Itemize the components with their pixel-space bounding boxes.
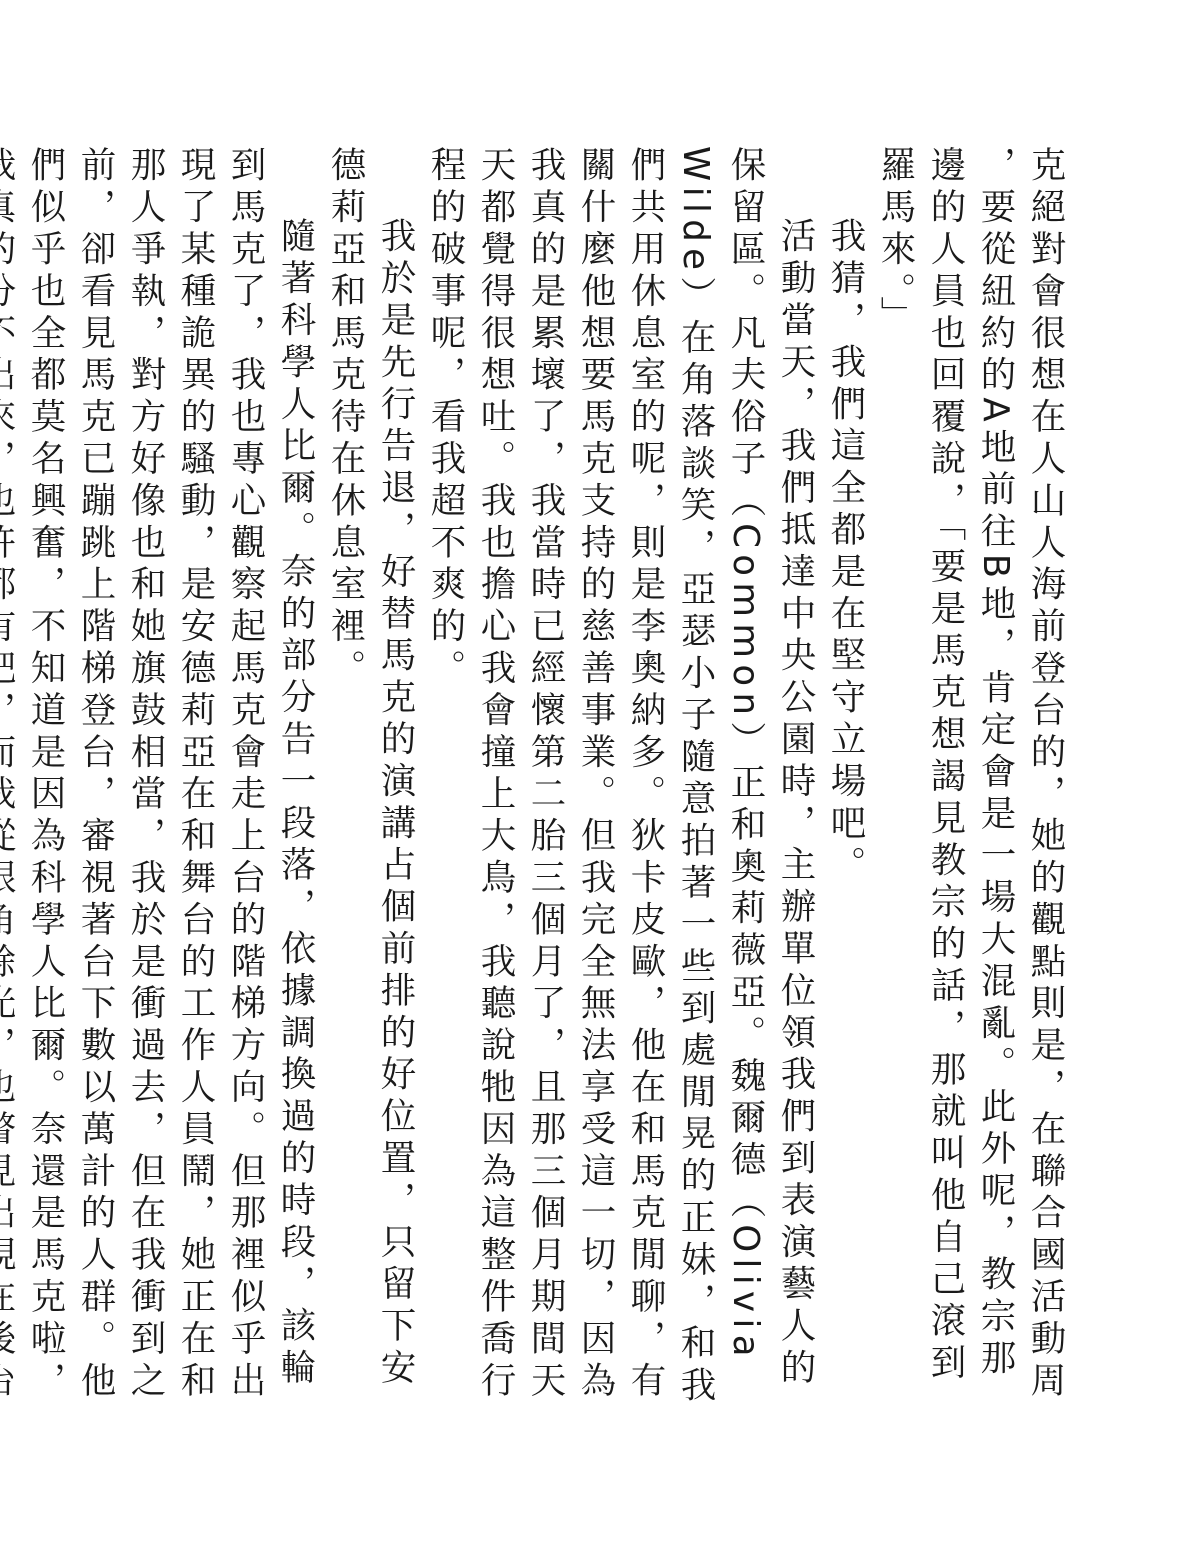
paragraph-2: 我猜，我們這全都是在堅守立場吧。 (820, 146, 870, 1418)
paragraph-4: 我於是先行告退，好替馬克的演講占個前排的好位置，只留下安德莉亞和馬克待在休息室裡… (320, 146, 420, 1418)
document-page: 克絕對會很想在人山人海前登台的，她的觀點則是，在聯合國活動周，要從紐約的A地前往… (190, 146, 1070, 1418)
paragraph-1: 克絕對會很想在人山人海前登台的，她的觀點則是，在聯合國活動周，要從紐約的A地前往… (870, 146, 1070, 1418)
paragraph-5: 隨著科學人比爾。奈的部分告一段落，依據調換過的時段，該輪到馬克了，我也專心觀察起… (0, 146, 320, 1418)
paragraph-3: 活動當天，我們抵達中央公園時，主辦單位領我們到表演藝人的保留區。凡夫俗子（Com… (420, 146, 820, 1418)
